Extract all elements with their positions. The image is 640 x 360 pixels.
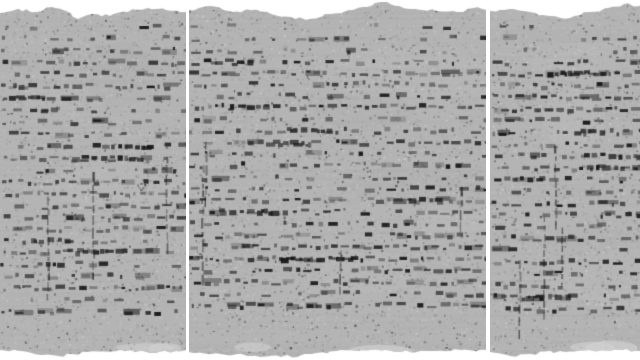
panel-separator-2 <box>486 0 490 360</box>
papyrus-panel-right-texture <box>490 0 640 360</box>
papyrus-panel-left <box>0 0 186 360</box>
papyrus-photograph <box>0 0 640 360</box>
papyrus-panel-right <box>490 0 640 360</box>
papyrus-panel-middle <box>189 0 486 360</box>
papyrus-panel-middle-texture <box>189 0 486 360</box>
papyrus-panel-left-texture <box>0 0 186 360</box>
panel-separator-1 <box>186 0 189 360</box>
